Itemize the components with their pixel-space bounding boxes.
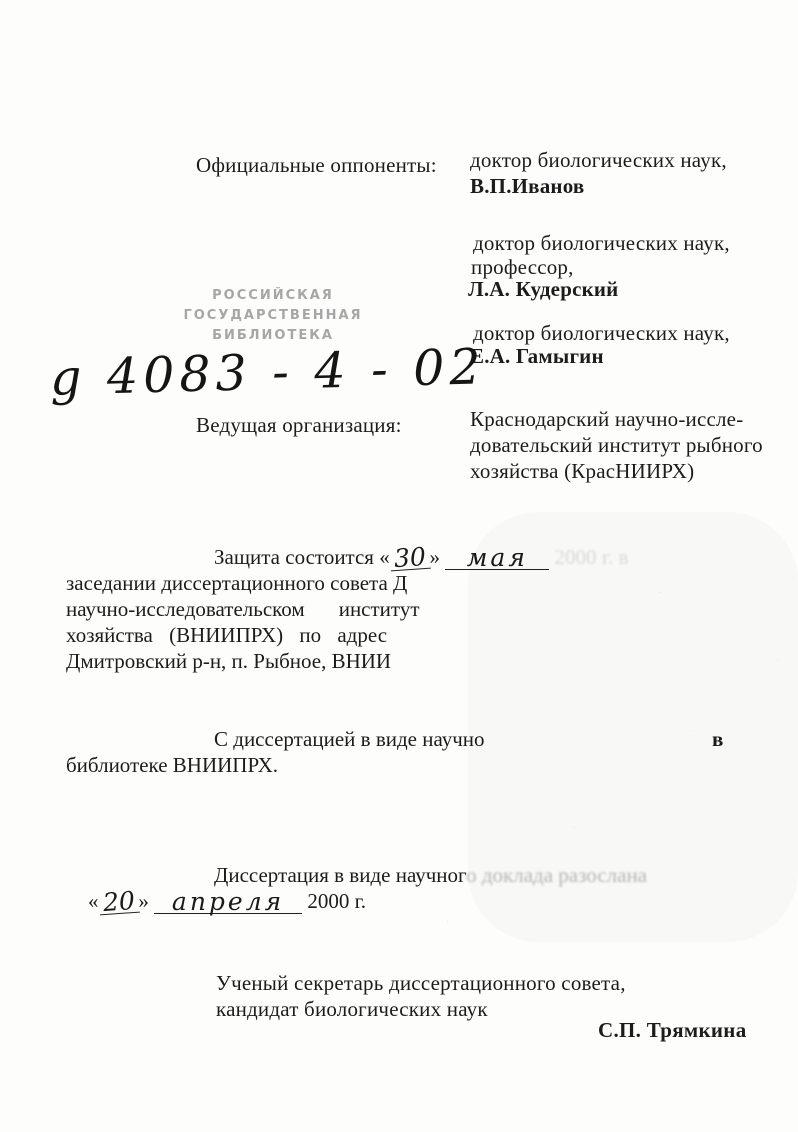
defense-close-quote: » bbox=[430, 545, 441, 569]
mailing-line-2: «20» апреля 2000 г. bbox=[88, 888, 666, 914]
opponent-2-degree: доктор биологических наук, bbox=[473, 230, 730, 256]
smudge-top-fringe bbox=[540, 494, 798, 548]
opponents-label: Официальные оппоненты: bbox=[196, 152, 437, 178]
library-stamp-line: РОССИЙСКАЯ bbox=[180, 286, 366, 306]
availability-paragraph: С диссертацией в виде научно библиотеке … bbox=[66, 726, 626, 778]
availability-line1-text: С диссертацией в виде научно bbox=[214, 727, 485, 751]
library-stamp-line: ГОСУДАРСТВЕННАЯ bbox=[180, 306, 366, 326]
leading-org-line2: довательский институт рыбного bbox=[470, 432, 763, 458]
mailing-year: 2000 г. bbox=[307, 889, 366, 913]
handwritten-day-20: 20 bbox=[98, 891, 139, 916]
defense-paragraph: Защита состоится «30» мая 2000 г. в засе… bbox=[66, 544, 626, 674]
defense-line-4: хозяйства (ВНИИПРХ) по адрес bbox=[66, 622, 626, 648]
availability-line-1: С диссертацией в виде научно bbox=[66, 726, 626, 752]
opponent-3-name: Е.А. Гамыгин bbox=[470, 343, 604, 369]
defense-line3-word1: научно-исследовательском bbox=[66, 597, 305, 621]
scanned-document-page: Официальные оппоненты: доктор биологичес… bbox=[0, 0, 798, 1132]
availability-line-2: библиотеке ВНИИПРХ. bbox=[66, 752, 626, 778]
mailing-open-quote: « bbox=[88, 889, 99, 913]
handwritten-month-may: мая bbox=[445, 548, 549, 570]
opponent-1-name: В.П.Иванов bbox=[470, 173, 584, 199]
library-stamp: РОССИЙСКАЯ ГОСУДАРСТВЕННАЯ БИБЛИОТЕКА bbox=[180, 286, 366, 346]
mailing-close-quote: » bbox=[138, 889, 149, 913]
defense-line-1: Защита состоится «30» мая 2000 г. в bbox=[66, 544, 626, 570]
availability-stray-word: в bbox=[712, 726, 724, 752]
defense-line3-word2: институт bbox=[339, 597, 420, 621]
mailing-line1-text: Диссертация в виде научног bbox=[214, 863, 466, 887]
handwritten-accession-number: g 4083 - 4 - 02 bbox=[49, 338, 486, 406]
smudge-trail bbox=[600, 938, 798, 994]
defense-line-3: научно-исследовательскоминститут bbox=[66, 596, 626, 622]
mailing-obscured-tail: о доклада разослана bbox=[466, 863, 647, 887]
leading-org-line3: хозяйства (КрасНИИРХ) bbox=[470, 458, 694, 484]
defense-line1-text: Защита состоится « bbox=[214, 545, 390, 569]
defense-line-5: Дмитровский р-н, п. Рыбное, ВНИИ bbox=[66, 648, 626, 674]
handwritten-day-30: 30 bbox=[389, 547, 430, 572]
mailing-paragraph: Диссертация в виде научного доклада разо… bbox=[66, 862, 666, 914]
handwritten-month-april: апреля bbox=[154, 892, 302, 914]
leading-org-line1: Краснодарский научно-иссле- bbox=[470, 406, 743, 432]
defense-obscured-tail: 2000 г. в bbox=[555, 545, 629, 569]
opponent-1-degree: доктор биологических наук, bbox=[470, 147, 727, 173]
defense-line-2: заседании диссертационного совета Д bbox=[66, 570, 626, 596]
opponent-2-name: Л.А. Кудерский bbox=[468, 276, 619, 302]
secretary-line-2: кандидат биологических наук bbox=[216, 996, 488, 1022]
secretary-name: С.П. Трямкина bbox=[598, 1018, 747, 1043]
secretary-line-1: Ученый секретарь диссертационного совета… bbox=[216, 970, 626, 996]
mailing-line-1: Диссертация в виде научного доклада разо… bbox=[66, 862, 666, 888]
leading-org-label: Ведущая организация: bbox=[196, 412, 402, 438]
